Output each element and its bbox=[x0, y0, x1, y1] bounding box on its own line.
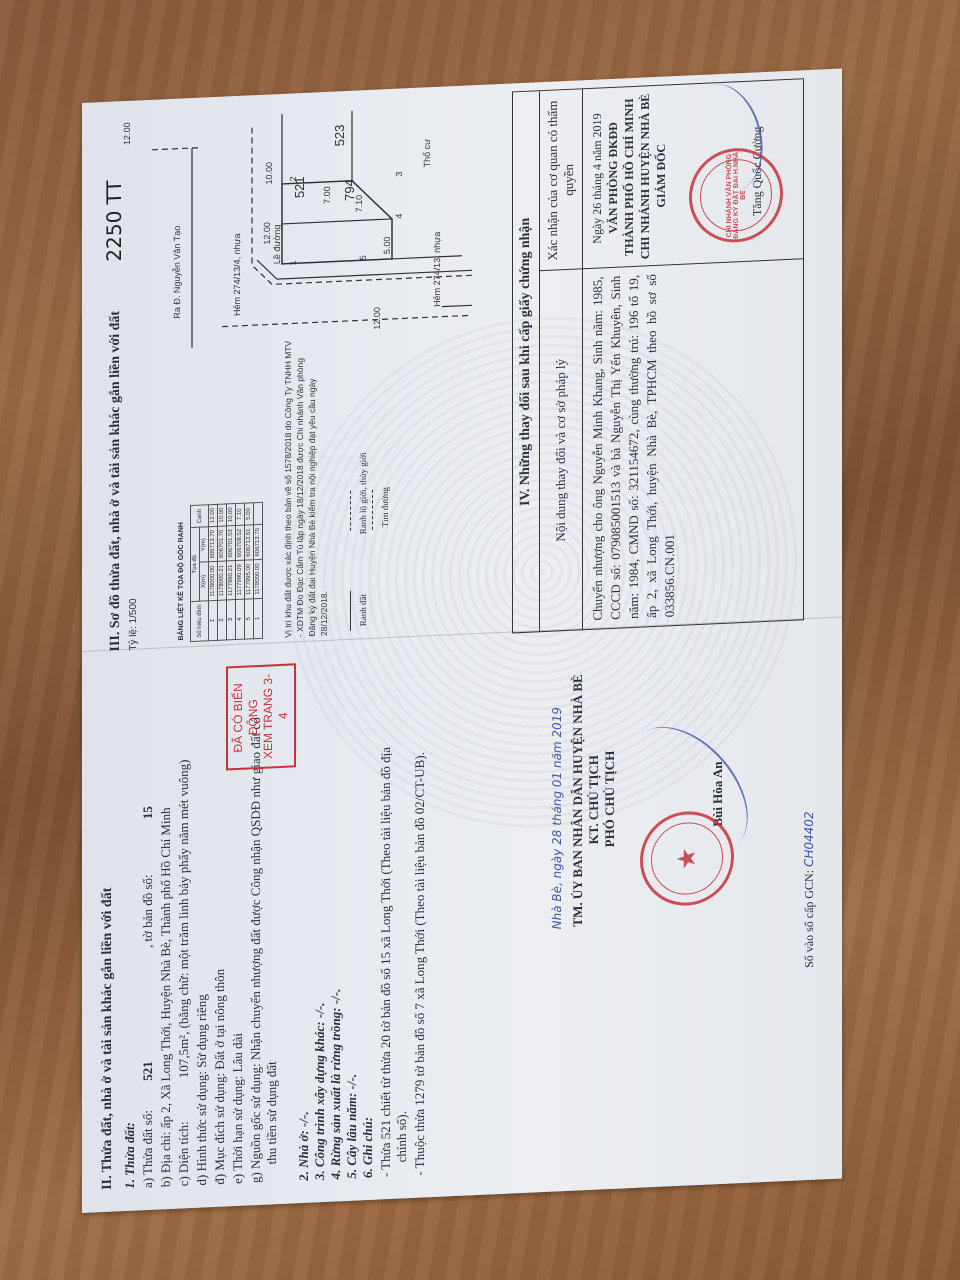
coord-table-title: BẢNG LIỆT KÊ TỌA ĐỘ GÓC RANH bbox=[178, 522, 185, 641]
section-ii-title: II. Thửa đất, nhà ở và tài sản khác gắn … bbox=[100, 887, 116, 1190]
land-certificate-page: II. Thửa đất, nhà ở và tài sản khác gắn … bbox=[82, 68, 842, 1213]
confirmation-org-3: CHI NHÁNH HUYỆN NHÀ BÈ bbox=[637, 90, 653, 263]
main-road-label: Ra Đ. Nguyễn Văn Tạo bbox=[172, 226, 182, 319]
coord-table-cell: 5.00 bbox=[245, 503, 254, 525]
vertex-4: 4 bbox=[394, 213, 404, 218]
edge-51-length: 5.00 bbox=[382, 236, 392, 254]
coord-table-cell: 1177990.21 bbox=[227, 561, 236, 600]
coord-table-row: 31177990.21606701.5310.00 bbox=[227, 503, 236, 639]
vertex-3: 3 bbox=[394, 171, 404, 176]
coord-table-row: 41177990.09606708.527.10 bbox=[236, 503, 245, 639]
coord-table-cell: 606713.61 bbox=[245, 525, 254, 561]
use-origin-cont: thu tiền sử dụng đất bbox=[264, 1061, 280, 1165]
legend-dashdot-line bbox=[372, 490, 373, 530]
legend-solid-line bbox=[350, 591, 351, 631]
adjacent-land-label: Thổ cư bbox=[422, 139, 432, 168]
section-iii-iv-panel: III. Sơ đồ thửa đất, nhà ở và tài sản kh… bbox=[82, 78, 842, 653]
note-1-cont: chính số). bbox=[394, 1111, 410, 1163]
confirmation-role: GIÁM ĐỐC bbox=[653, 89, 669, 262]
use-origin-row: g) Nguồn gốc sử dụng: Nhận chuyển nhượng… bbox=[248, 717, 264, 1184]
registry-label: Số vào sổ cấp GCN: bbox=[802, 870, 816, 969]
confirmation-org-1: VĂN PHÒNG ĐKĐĐ bbox=[605, 92, 621, 265]
signing-place-date: Nhà Bè, ngày 28 tháng 01 năm 2019 bbox=[550, 707, 564, 930]
coord-table-cell: 1178000.00 bbox=[209, 562, 218, 601]
edge-12-length: 12.00 bbox=[262, 222, 272, 245]
lane-274-13-4-label: Hẻm 274/13/4, nhựa bbox=[232, 233, 242, 316]
parcel-heading: 1. Thửa đất: bbox=[122, 1122, 138, 1189]
parcel-map bbox=[142, 95, 472, 350]
change-content: Chuyển nhượng cho ông Nguyễn Minh Khang,… bbox=[583, 265, 685, 630]
coord-table-row: 51177995.00606713.615.00 bbox=[245, 503, 254, 639]
area-label: c) Diện tích: bbox=[176, 1121, 191, 1187]
coord-table-cell: 1 bbox=[209, 600, 218, 641]
signing-kt: KT. CHỦ TỊCH bbox=[586, 649, 602, 950]
signing-org: TM. ỦY BAN NHÂN DÂN HUYỆN NHÀ BÈ bbox=[570, 650, 586, 951]
use-term-row: e) Thời hạn sử dụng: Lâu dài bbox=[230, 1033, 246, 1185]
note-2: - Thuộc thửa 1279 tờ bản đồ số 7 xã Long… bbox=[412, 752, 428, 1176]
rotated-document-content: II. Thửa đất, nhà ở và tài sản khác gắn … bbox=[82, 68, 842, 1213]
coord-table-cell: 606708.52 bbox=[236, 525, 245, 561]
coord-header-x: X(m) bbox=[200, 562, 209, 601]
road-width-1: 12.00 bbox=[122, 122, 132, 145]
lane-274-13-label: Hẻm 274/13, nhựa bbox=[432, 232, 442, 308]
edge-34-length: 7.00 bbox=[322, 186, 332, 204]
coord-table-cell: 606713.70 bbox=[254, 524, 263, 560]
changed-stamp-line2: XEM TRANG 3-4 bbox=[261, 672, 291, 761]
coord-table-cell: 606713.70 bbox=[209, 526, 218, 562]
map-sheet-label: , tờ bản đồ số: bbox=[140, 874, 155, 948]
coord-table-row: 11178000.00606713.70 bbox=[254, 502, 263, 638]
changed-stamp-line1: ĐÃ CÓ BIẾN ĐỘNG bbox=[231, 673, 261, 762]
coord-table-cell: 5 bbox=[245, 598, 254, 639]
use-purpose-row: đ) Mục đích sử dụng: Đất ở tại nông thôn bbox=[212, 969, 228, 1185]
legend-label-road-limit: Ranh lộ giới, thủy giới bbox=[358, 452, 368, 534]
handwritten-note: 2250 TT bbox=[102, 180, 126, 262]
vertex-5: 5 bbox=[358, 255, 368, 260]
notes-heading: 6. Ghi chú: bbox=[360, 1117, 376, 1179]
address-row: b) Địa chỉ: ấp 2, Xã Long Thới, Huyện Nh… bbox=[158, 807, 174, 1187]
coord-table-cell: 10.00 bbox=[227, 503, 236, 525]
coord-table-cell: 1178000.21 bbox=[218, 561, 227, 600]
section-iv-table: IV. Những thay đổi sau khi cấp giấy chứn… bbox=[512, 78, 804, 633]
changes-column: Nội dung thay đổi và cơ sở pháp lý Chuyể… bbox=[539, 258, 803, 631]
area-value: 107,5m², (bằng chữ: một trăm linh bảy ph… bbox=[176, 759, 191, 1078]
confirmation-org-2: THÀNH PHỐ HỒ CHÍ MINH bbox=[621, 91, 637, 264]
coord-table-cell: 4 bbox=[236, 599, 245, 640]
section-ii-panel: II. Thửa đất, nhà ở và tài sản khác gắn … bbox=[82, 638, 842, 1213]
coord-header-group: Tọa độ bbox=[191, 527, 200, 601]
confirmation-date: Ngày 26 tháng 4 năm 2019 bbox=[589, 92, 605, 265]
confirmation-column: Xác nhận của cơ quan có thẩm quyền Ngày … bbox=[539, 79, 803, 271]
legend-label-centerline: Tim đường bbox=[380, 487, 390, 528]
house-row: 2. Nhà ở: -/-. bbox=[296, 1111, 312, 1181]
legend-label-boundary: Ranh đất bbox=[358, 594, 368, 627]
coord-table-cell: 1 bbox=[254, 598, 263, 639]
registry-value: CH04402 bbox=[802, 811, 816, 867]
confirmation-column-header: Xác nhận của cơ quan có thẩm quyền bbox=[539, 89, 583, 271]
changed-stamp: ĐÃ CÓ BIẾN ĐỘNG XEM TRANG 3-4 bbox=[226, 663, 296, 770]
use-form-row: d) Hình thức sử dụng: Sử dụng riêng bbox=[194, 994, 210, 1186]
registry-row: Số vào sổ cấp GCN: CH04402 bbox=[802, 811, 817, 968]
coord-header-y: Y(m) bbox=[200, 527, 209, 563]
parcel-number-label: a) Thửa đất số: bbox=[140, 1110, 155, 1189]
coord-table-cell: 12.00 bbox=[209, 504, 218, 526]
coord-header-vertex: Số hiệu đỉnh bbox=[191, 600, 209, 641]
coord-table-cell: 10.00 bbox=[218, 504, 227, 526]
coord-table-cell: 7.10 bbox=[236, 503, 245, 525]
forest-row: 4. Rừng sản xuất là rừng trồng: -/-. bbox=[328, 988, 344, 1179]
coord-table-cell: 2 bbox=[218, 600, 227, 641]
area-row: c) Diện tích: 107,5m², (bằng chữ: một tr… bbox=[176, 759, 192, 1187]
coord-table-cell: 606701.70 bbox=[218, 526, 227, 562]
coord-header-edge: Cạnh bbox=[191, 505, 209, 528]
legend-dashed-line bbox=[350, 491, 351, 531]
coord-table-cell: 1177995.00 bbox=[245, 560, 254, 599]
parcel-523-label: 523 bbox=[332, 124, 347, 146]
signing-role: PHÓ CHỦ TỊCH bbox=[602, 649, 618, 950]
coord-table-cell: 1177990.09 bbox=[236, 560, 245, 599]
side-road-label: Lề đường bbox=[272, 224, 282, 264]
edge-23-length: 10.00 bbox=[264, 162, 274, 185]
perennial-row: 5. Cây lâu năm: -/-. bbox=[344, 1074, 360, 1179]
coord-table: Số hiệu đỉnh Tọa độ Cạnh X(m) Y(m) 11178… bbox=[190, 502, 263, 642]
note-1: - Thửa 521 chiết từ thửa 20 tờ bản đồ số… bbox=[378, 747, 394, 1178]
coord-table-cell: 3 bbox=[227, 599, 236, 640]
coord-table-cell bbox=[254, 502, 263, 524]
coord-table-row: 11178000.00606713.7012.00 bbox=[209, 504, 218, 640]
map-scale: Tỷ lệ: 1/500 bbox=[128, 598, 139, 651]
vertex-1: 1 bbox=[288, 260, 298, 265]
coord-table-row: 21178000.21606701.7010.00 bbox=[218, 504, 227, 640]
vertex-2: 2 bbox=[288, 176, 298, 181]
section-iii-title: III. Sơ đồ thửa đất, nhà ở và tài sản kh… bbox=[108, 311, 124, 652]
parcel-number-value: 521 bbox=[140, 1061, 155, 1081]
map-sheet-value: 15 bbox=[140, 806, 155, 820]
other-construction-row: 3. Công trình xây dựng khác: -/-. bbox=[312, 1002, 328, 1180]
changes-column-header: Nội dung thay đổi và cơ sở pháp lý bbox=[539, 269, 583, 631]
section-iv-title: IV. Những thay đổi sau khi cấp giấy chứn… bbox=[513, 91, 540, 632]
edge-45-length: 7.10 bbox=[354, 195, 364, 213]
coord-table-cell: 606701.53 bbox=[227, 526, 236, 562]
parcel-number-row: a) Thửa đất số: 521 , tờ bản đồ số: 15 bbox=[140, 806, 156, 1189]
coord-table-cell: 1178000.00 bbox=[254, 560, 263, 599]
road-width-2: 12.00 bbox=[372, 307, 382, 330]
survey-note: Vị trí khu đất được xác định theo bản vẽ… bbox=[282, 336, 330, 638]
